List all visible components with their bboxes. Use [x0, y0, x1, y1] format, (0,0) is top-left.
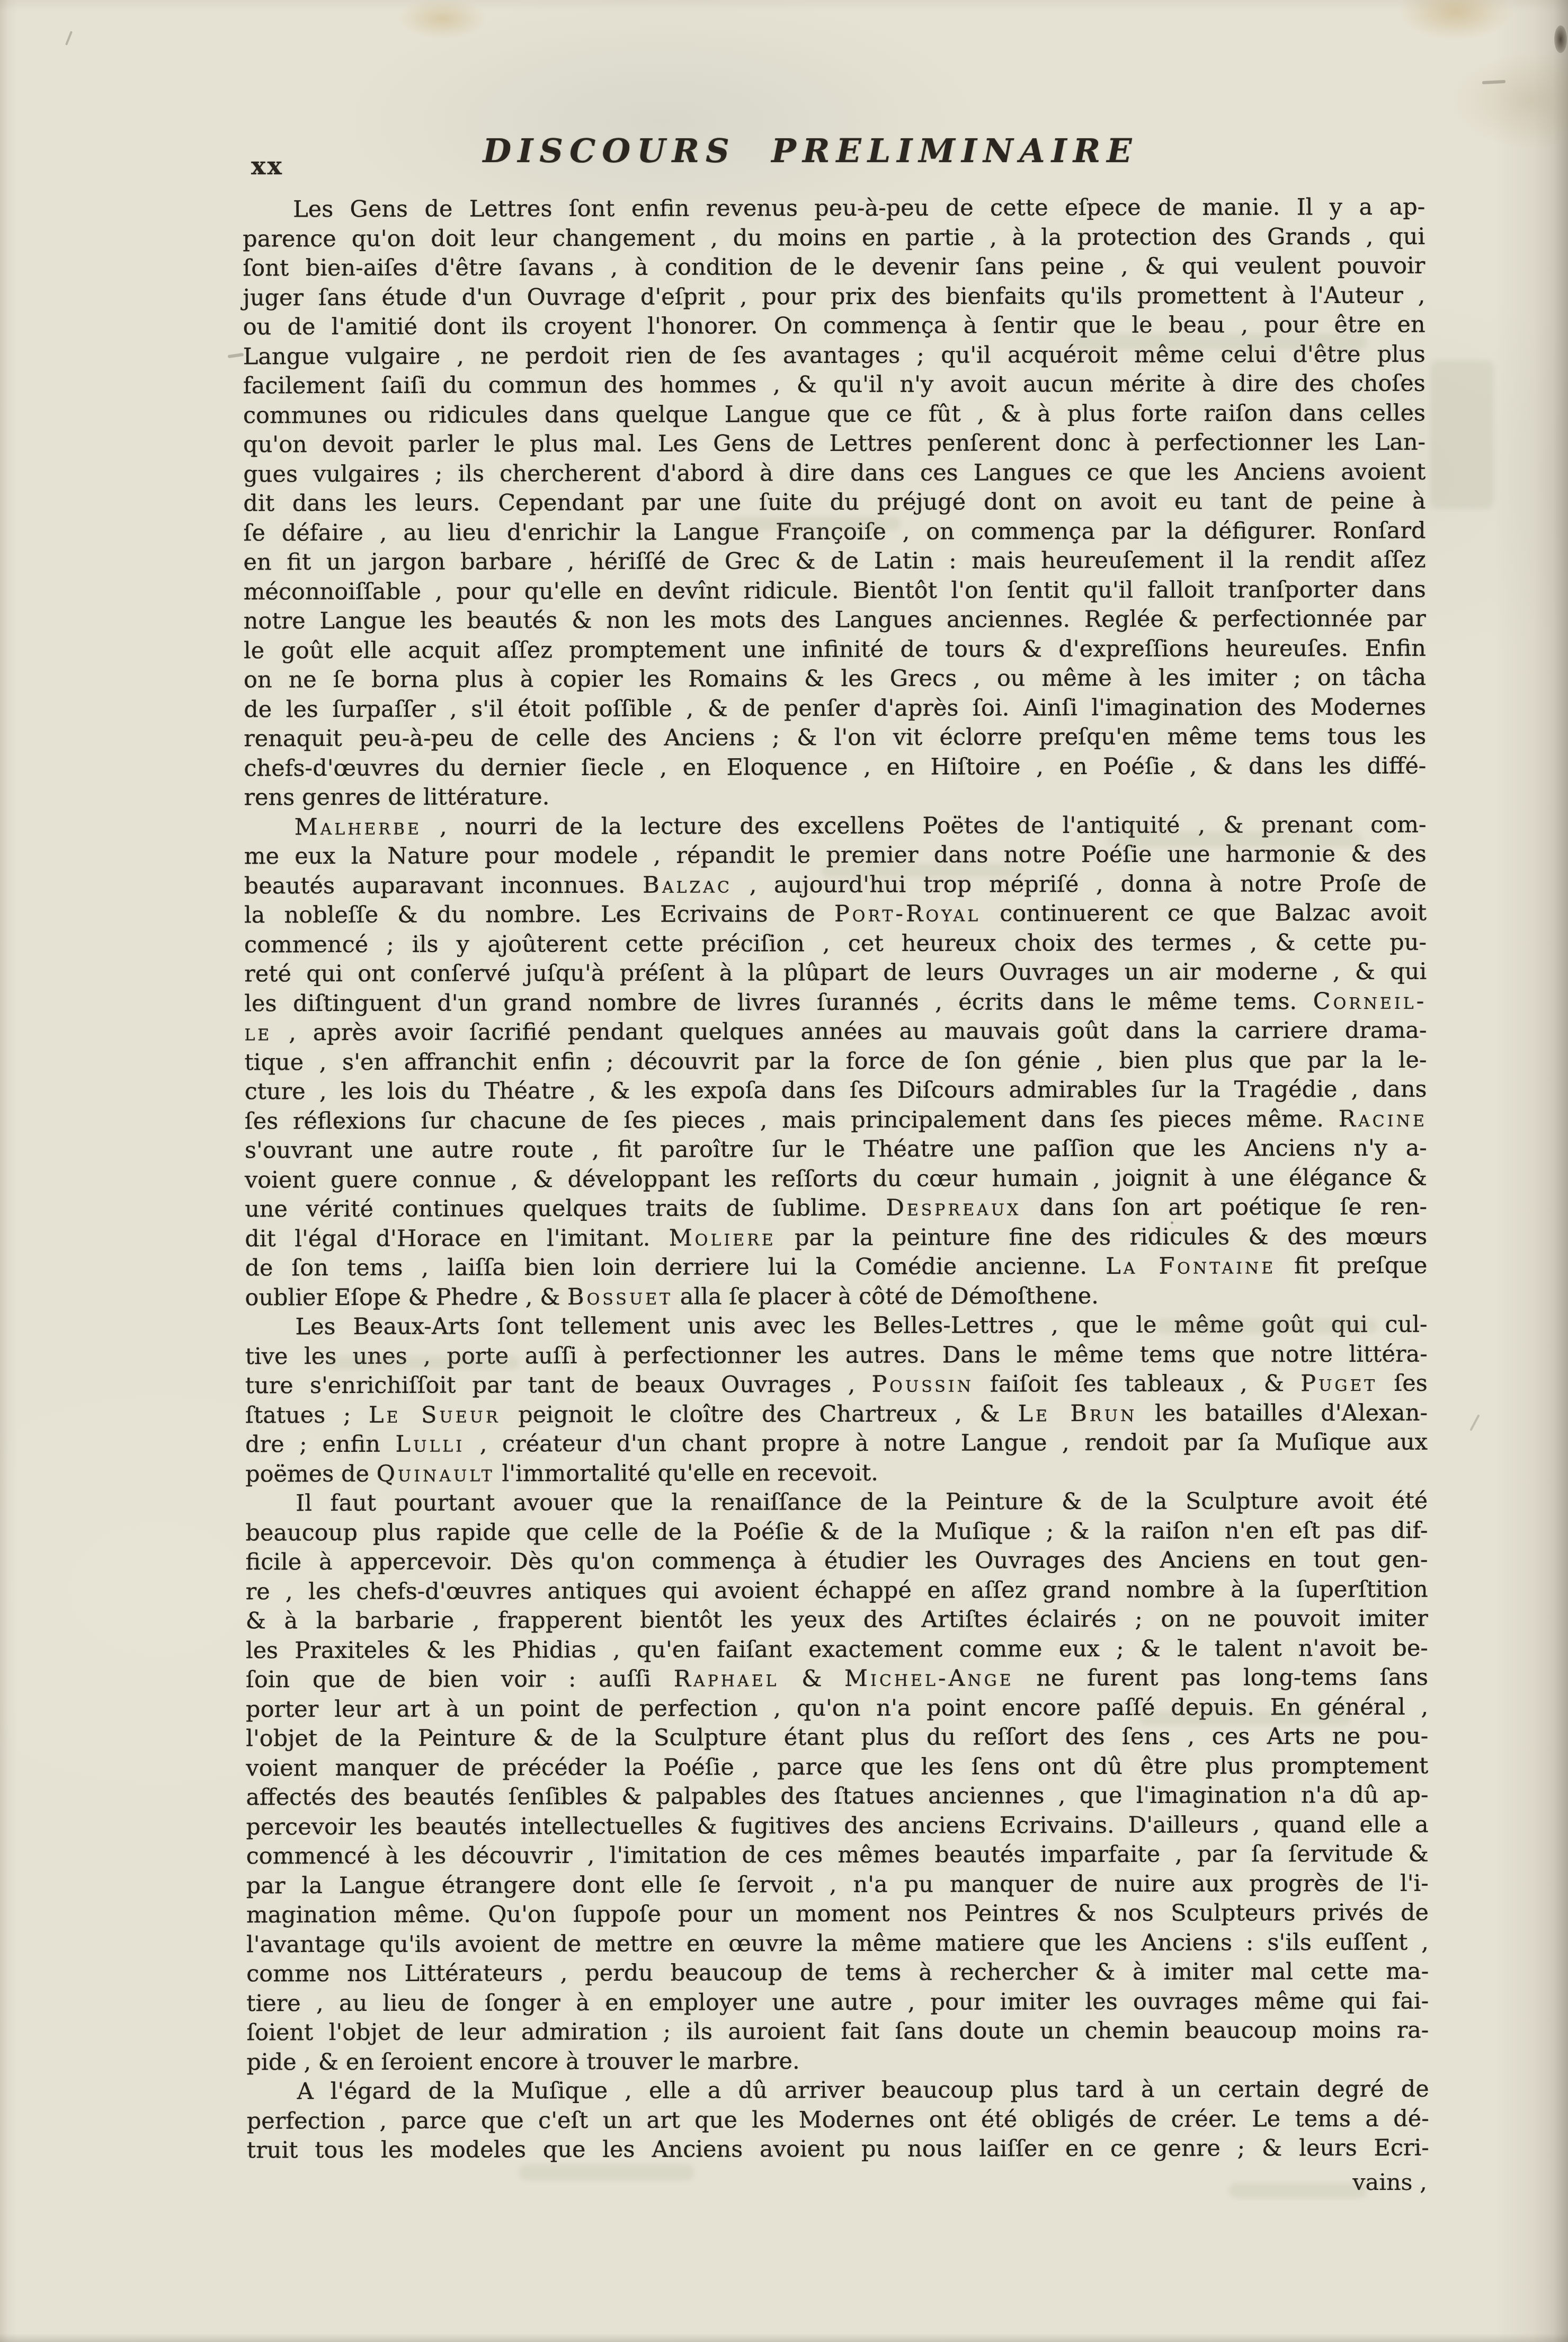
paper-speck [593, 2066, 596, 2069]
text-line: re , les chefs-d'œuvres antiques qui avo… [246, 1575, 1428, 1607]
paper-speck [339, 1123, 342, 1126]
small-caps-name: Bossuet [567, 1283, 673, 1310]
text-line: l'objet de la Peinture & de la Sculpture… [246, 1722, 1428, 1754]
small-caps-name: Puget [1300, 1370, 1377, 1397]
small-caps-name: le [244, 1019, 272, 1046]
text-line: tique , s'en affranchit enfin ; découvri… [244, 1045, 1427, 1077]
text-line: ſoin que de bien voir : auſſi Raphael & … [246, 1663, 1428, 1695]
small-caps-name: Raphael [674, 1665, 779, 1692]
small-caps-name: Poussin [871, 1371, 974, 1397]
small-caps-name: Corneil- [1313, 988, 1427, 1014]
text-line: comme nos Littérateurs , perdu beaucoup … [246, 1957, 1429, 1989]
paragraph: Il faut pourtant avouer que la renaiſſan… [245, 1487, 1429, 2078]
small-caps-name: Malherbe [295, 813, 422, 840]
paragraph: Malherbe , nourri de la lecture des exce… [244, 810, 1428, 1312]
text-line: cture , les lois du Théatre , & les expo… [245, 1075, 1427, 1107]
text-line: A l'égard de la Muſique , elle a dû arri… [247, 2075, 1429, 2107]
text-line: les diſtinguent d'un grand nombre de liv… [244, 987, 1427, 1018]
text-line: me eux la Nature pour modele , répandit … [244, 840, 1427, 872]
text-line: Les Gens de Lettres ſont enfin revenus p… [243, 193, 1425, 225]
small-caps-name: Lulli [395, 1431, 465, 1457]
text-line: ſe défaire , au lieu d'enrichir la Langu… [243, 516, 1426, 548]
text-line: méconnoiſſable , pour qu'elle en devînt … [244, 575, 1426, 607]
text-line: de les ſurpaſſer , s'il étoit poſſible ,… [244, 693, 1426, 724]
text-line: truit tous les modeles que les Anciens a… [247, 2134, 1429, 2166]
text-line: gues vulgaires ; ils chercherent d'abord… [243, 457, 1426, 489]
text-line: oublier Eſope & Phedre , & Bossuet alla … [245, 1281, 1427, 1312]
page-title: DISCOURS PRELIMINAIRE [212, 131, 1409, 170]
text-line: commencé ; ils y ajoûterent cette préciſ… [244, 928, 1427, 960]
text-line: de ſon tems , laiſſa bien loin derriere … [245, 1252, 1427, 1283]
small-caps-name: Port-Royal [834, 900, 981, 927]
small-caps-name: Quinault [377, 1460, 495, 1487]
text-line: ſes réflexions ſur chacune de ſes pieces… [245, 1104, 1427, 1136]
text-line: les Praxiteles & les Phidias , qu'en fai… [246, 1634, 1428, 1665]
text-line: s'ouvrant une autre route , fit paroître… [245, 1134, 1427, 1166]
book-page-scan: xx DISCOURS PRELIMINAIRE Les Gens de Let… [0, 0, 1568, 2342]
text-line: notre Langue les beautés & non les mots … [244, 605, 1426, 636]
text-line: ſoient l'objet de leur admiration ; ils … [246, 2016, 1429, 2048]
stray-ink-mark [1482, 80, 1505, 84]
paragraph: A l'égard de la Muſique , elle a dû arri… [247, 2075, 1429, 2166]
text-line: tiere , au lieu de ſonger à en employer … [246, 1986, 1429, 2018]
text-line: voient manquer de précéder la Poéſie , p… [246, 1751, 1428, 1783]
stray-ink-mark [228, 353, 244, 358]
text-line: tive les unes , porte auſſi à perfection… [245, 1339, 1428, 1371]
text-line: percevoir les beautés intellectuelles & … [246, 1810, 1429, 1842]
small-caps-name: Despreaux [886, 1194, 1021, 1221]
text-line: qu'on devoit parler le plus mal. Les Gen… [243, 428, 1426, 460]
text-line: dit l'égal d'Horace en l'imitant. Molier… [245, 1222, 1427, 1254]
text-line: on ne ſe borna plus à copier les Romains… [244, 663, 1426, 695]
text-line: le , après avoir ſacrifié pendant quelqu… [244, 1016, 1427, 1048]
text-line: parence qu'on doit leur changement , du … [243, 222, 1425, 254]
text-line: dit dans les leurs. Cependant par une ſu… [243, 487, 1426, 519]
small-caps-name: Balzac [643, 872, 732, 898]
text-line: & à la barbarie , frapperent bientôt les… [246, 1604, 1428, 1636]
text-line: porter leur art à un point de perfection… [246, 1692, 1428, 1724]
paragraph: Les Gens de Lettres ſont enfin revenus p… [243, 193, 1426, 813]
text-line: rens genres de littérature. [244, 781, 1426, 813]
text-line: ficile à appercevoir. Dès qu'on commença… [245, 1546, 1428, 1577]
catchword: vains , [245, 2169, 1427, 2196]
text-line: affectés des beautés ſenſibles & palpabl… [246, 1781, 1428, 1813]
text-line: beaucoup plus rapide que celle de la Poé… [245, 1516, 1428, 1548]
text-line: renaquit peu-à-peu de celle des Anciens … [244, 722, 1426, 754]
text-line: l'avantage qu'ils avoient de mettre en œ… [246, 1928, 1429, 1959]
text-line: Les Beaux-Arts ſont tellement unis avec … [245, 1310, 1428, 1342]
small-caps-name: Racine [1339, 1105, 1427, 1132]
small-caps-name: Michel-Ange [844, 1665, 1014, 1692]
text-line: perfection , parce que c'eſt un art que … [247, 2104, 1429, 2136]
text-line: en fit un jargon barbare , hériſſé de Gr… [244, 546, 1426, 578]
text-line: juger ſans étude d'un Ouvrage d'eſprit ,… [243, 281, 1425, 313]
text-line: ſont bien-aiſes d'être ſavans , à condit… [243, 252, 1425, 283]
text-line: pide , & en ſeroient encore à trouver le… [246, 2045, 1429, 2077]
bleedthrough-smudge [1430, 360, 1494, 509]
text-line: Il faut pourtant avouer que la renaiſſan… [245, 1487, 1428, 1519]
stray-ink-mark [1469, 1414, 1480, 1431]
text-line: reté qui ont conſervé juſqu'à préſent à … [244, 957, 1427, 989]
text-line: ture s'enrichiſſoit par tant de beaux Ou… [245, 1369, 1428, 1401]
text-line: Langue vulgaire , ne perdoit rien de ſes… [243, 340, 1426, 371]
small-caps-name: La Fontaine [1106, 1253, 1276, 1280]
small-caps-name: Le Brun [1018, 1400, 1137, 1426]
text-line: facilement ſaiſi du commun des hommes , … [243, 369, 1426, 401]
paper-speck [789, 1772, 792, 1775]
paper-speck [1171, 1221, 1173, 1224]
text-line: magination même. Qu'on ſuppoſe pour un m… [246, 1899, 1429, 1930]
paper-speck [440, 794, 442, 796]
text-line: par la Langue étrangere dont elle ſe ſer… [246, 1869, 1429, 1901]
text-line: commencé à les découvrir , l'imitation d… [246, 1840, 1429, 1871]
text-line: une vérité continues quelques traits de … [245, 1193, 1427, 1225]
text-line: ou de l'amitié dont ils croyent l'honore… [243, 311, 1426, 342]
text-line: chefs-d'œuvres du dernier ſiecle , en El… [244, 751, 1426, 783]
ink-blot [1554, 25, 1567, 53]
paper-speck [1304, 374, 1307, 376]
text-line: poëmes de Quinault l'immortalité qu'elle… [245, 1457, 1428, 1489]
text-line: la nobleſſe & du nombre. Les Ecrivains d… [244, 899, 1427, 930]
text-line: le goût elle acquit aſſez promptement un… [244, 634, 1426, 666]
small-caps-name: Le Sueur [369, 1401, 501, 1429]
text-line: Malherbe , nourri de la lecture des exce… [244, 810, 1427, 842]
body-text: Les Gens de Lettres ſont enfin revenus p… [243, 193, 1429, 2166]
text-line: ſtatues ; Le Sueur peignoit le cloître d… [245, 1398, 1428, 1430]
text-line: voient guere connue , & développant les … [245, 1163, 1427, 1195]
text-line: communes ou ridicules dans quelque Langu… [243, 398, 1426, 430]
text-line: dre ; enfin Lulli , créateur d'un chant … [245, 1428, 1428, 1460]
text-line: beautés auparavant inconnues. Balzac , a… [244, 869, 1427, 901]
paragraph: Les Beaux-Arts ſont tellement unis avec … [245, 1310, 1428, 1489]
small-caps-name: Moliere [669, 1225, 776, 1251]
stray-ink-mark [65, 31, 73, 45]
